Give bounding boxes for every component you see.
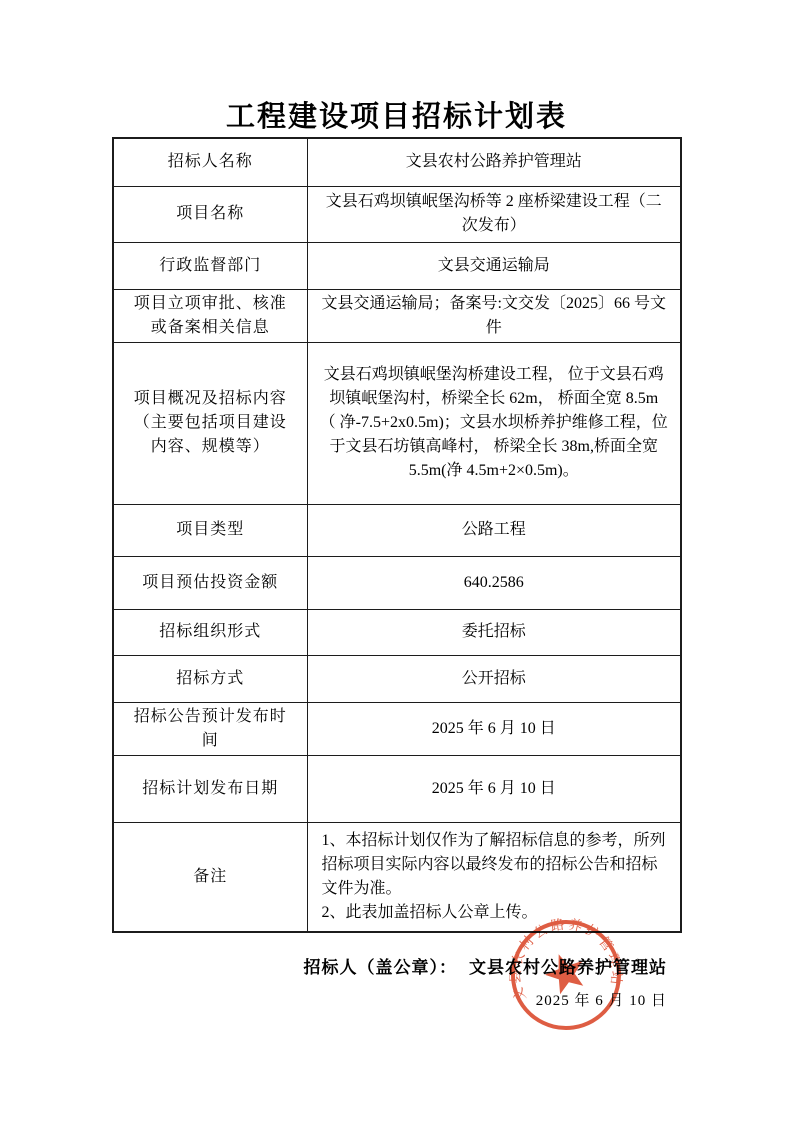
row-value: 文县石鸡坝镇岷堡沟桥建设工程， 位于文县石鸡坝镇岷堡沟村，桥梁全长 62m， 桥… — [307, 342, 681, 504]
signer-label: 招标人（盖公章）： — [304, 958, 458, 977]
signer-line: 招标人（盖公章）：文县农村公路养护管理站 — [304, 953, 668, 978]
row-value: 2025 年 6 月 10 日 — [307, 755, 681, 822]
row-value: 文县交通运输局；备案号:文交发〔2025〕66 号文件 — [307, 289, 681, 342]
row-value: 公路工程 — [307, 504, 681, 556]
row-label: 招标方式 — [113, 655, 307, 702]
table-row: 项目概况及招标内容（主要包括项目建设内容、规模等） 文县石鸡坝镇岷堡沟桥建设工程… — [113, 342, 681, 504]
document-page: 工程建设项目招标计划表 招标人名称 文县农村公路养护管理站 项目名称 文县石鸡坝… — [0, 0, 793, 1122]
row-label: 备注 — [113, 822, 307, 932]
row-value: 文县农村公路养护管理站 — [307, 138, 681, 186]
signature-date: 2025 年 6 月 10 日 — [304, 989, 668, 1010]
signature-block: 招标人（盖公章）：文县农村公路养护管理站 2025 年 6 月 10 日 — [304, 953, 668, 1010]
row-label: 项目立项审批、核准或备案相关信息 — [113, 289, 307, 342]
row-label: 招标计划发布日期 — [113, 755, 307, 822]
signer-name: 文县农村公路养护管理站 — [469, 958, 667, 977]
row-value: 委托招标 — [307, 609, 681, 655]
row-value: 文县交通运输局 — [307, 242, 681, 289]
table-row: 行政监督部门 文县交通运输局 — [113, 242, 681, 289]
row-label: 招标组织形式 — [113, 609, 307, 655]
row-value: 文县石鸡坝镇岷堡沟桥等 2 座桥梁建设工程（二次发布） — [307, 186, 681, 242]
bidding-plan-table: 招标人名称 文县农村公路养护管理站 项目名称 文县石鸡坝镇岷堡沟桥等 2 座桥梁… — [112, 137, 682, 933]
row-label: 项目预估投资金额 — [113, 556, 307, 609]
row-label: 招标公告预计发布时间 — [113, 702, 307, 755]
table-row: 项目名称 文县石鸡坝镇岷堡沟桥等 2 座桥梁建设工程（二次发布） — [113, 186, 681, 242]
table-row: 招标计划发布日期 2025 年 6 月 10 日 — [113, 755, 681, 822]
row-label: 项目概况及招标内容（主要包括项目建设内容、规模等） — [113, 342, 307, 504]
table-row: 项目立项审批、核准或备案相关信息 文县交通运输局；备案号:文交发〔2025〕66… — [113, 289, 681, 342]
row-value: 640.2586 — [307, 556, 681, 609]
row-value: 2025 年 6 月 10 日 — [307, 702, 681, 755]
row-label: 行政监督部门 — [113, 242, 307, 289]
table-row: 项目类型 公路工程 — [113, 504, 681, 556]
row-label: 招标人名称 — [113, 138, 307, 186]
row-label: 项目名称 — [113, 186, 307, 242]
table-row: 招标公告预计发布时间 2025 年 6 月 10 日 — [113, 702, 681, 755]
table-row: 项目预估投资金额 640.2586 — [113, 556, 681, 609]
table-row: 备注 1、本招标计划仅作为了解招标信息的参考，所列招标项目实际内容以最终发布的招… — [113, 822, 681, 932]
table-row: 招标方式 公开招标 — [113, 655, 681, 702]
row-label: 项目类型 — [113, 504, 307, 556]
table-row: 招标组织形式 委托招标 — [113, 609, 681, 655]
table-row: 招标人名称 文县农村公路养护管理站 — [113, 138, 681, 186]
row-value: 公开招标 — [307, 655, 681, 702]
row-value: 1、本招标计划仅作为了解招标信息的参考，所列招标项目实际内容以最终发布的招标公告… — [307, 822, 681, 932]
page-title: 工程建设项目招标计划表 — [0, 94, 793, 135]
